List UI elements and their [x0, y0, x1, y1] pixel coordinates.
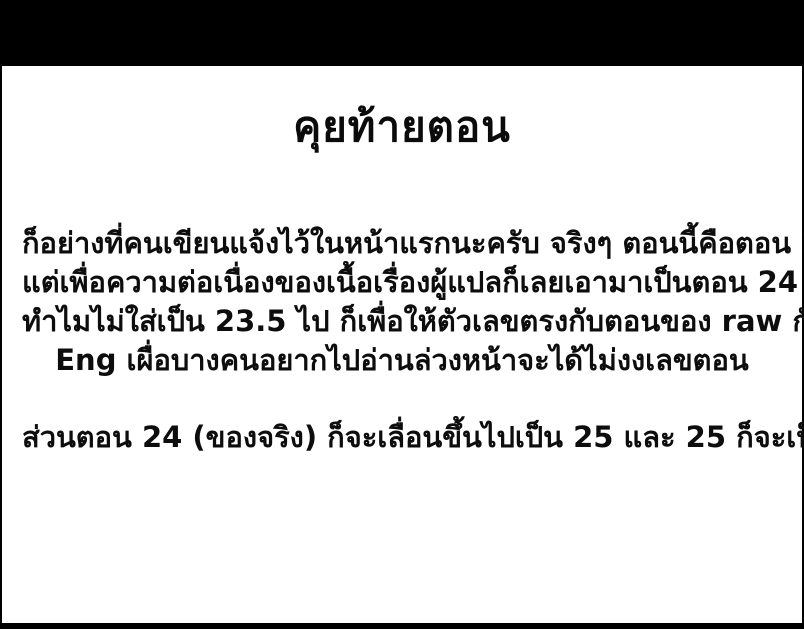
paragraph-line-4: Eng เผื่อบางคนอยากไปอ่านล่วงหน้าจะได้ไม่… — [22, 341, 782, 380]
note-page: คุยท้ายตอน ก็อย่างที่คนเขียนแจ้งไว้ในหน้… — [2, 66, 802, 623]
paragraph-line-1: ก็อย่างที่คนเขียนแจ้งไว้ในหน้าแรกนะครับ … — [22, 224, 782, 263]
page-frame: คุยท้ายตอน ก็อย่างที่คนเขียนแจ้งไว้ในหน้… — [0, 0, 804, 629]
paragraph-line-2: แต่เพื่อความต่อเนื่องของเนื้อเรื่องผู้แป… — [22, 263, 782, 302]
page-title: คุยท้ายตอน — [2, 104, 802, 150]
paragraph-line-3: ทำไมไม่ใส่เป็น 23.5 ไป ก็เพื่อให้ตัวเลขต… — [22, 302, 782, 341]
note-paragraph: ก็อย่างที่คนเขียนแจ้งไว้ในหน้าแรกนะครับ … — [22, 224, 782, 380]
footer-line: ส่วนตอน 24 (ของจริง) ก็จะเลื่อนขึ้นไปเป็… — [22, 418, 782, 457]
